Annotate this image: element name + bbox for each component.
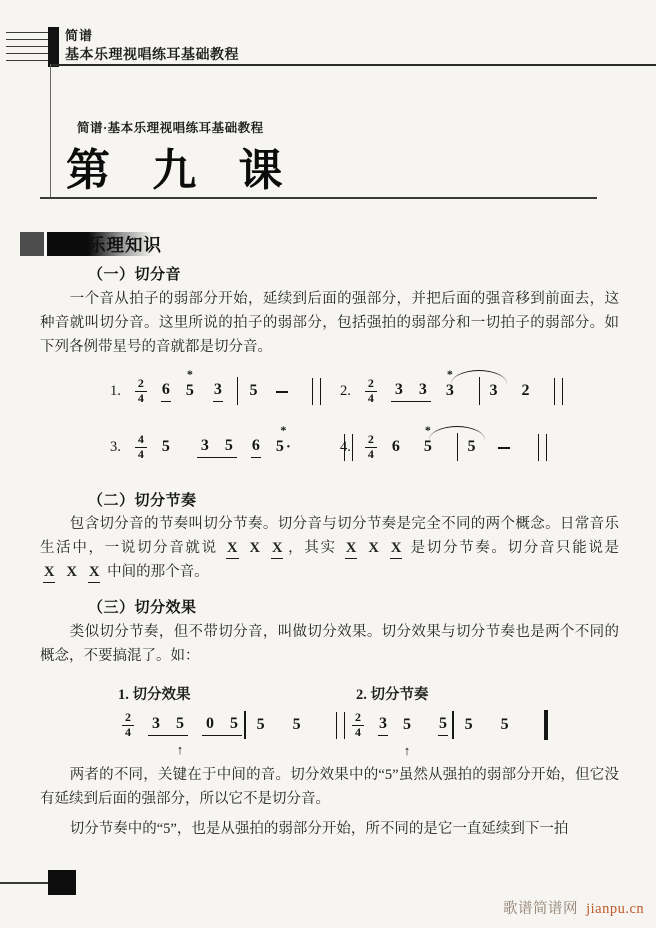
section-title: 乐理知识 [88,232,162,257]
jianpu-note: 5 [292,715,302,736]
end-barline [554,378,563,405]
jianpu-note: 5* [185,381,195,402]
time-numerator: 2 [352,711,364,726]
barline [244,711,246,739]
jianpu-note: 3 [378,714,388,736]
time-signature: 44 [135,433,147,460]
time-signature: 24 [365,433,377,460]
jianpu-note: 3 [151,714,161,735]
x-underlined: X [345,541,357,559]
watermark-site-name: 歌谱简谱网 [503,901,578,917]
jianpu-note: 5 [161,437,171,458]
jianpu-note: 0 [205,714,215,735]
paragraph-text: 是切分节奏。切分音只能说是 [405,540,619,556]
header-course-label: 基本乐理视唱练耳基础教程 [65,44,239,64]
title-left-rule [50,64,51,198]
jianpu-note: 5 [500,715,510,736]
x-underlined: X [390,541,402,559]
subsection-3-heading: （三）切分效果 [88,596,197,617]
time-numerator: 2 [365,433,377,448]
x-underlined: X [88,565,100,583]
end-barline [538,434,547,461]
x-plain: X [65,565,77,583]
x-plain: X [367,541,379,559]
dash-note [498,447,510,449]
notation-example-3: 3.4453565·* [110,430,367,464]
x-underlined: X [43,565,55,583]
jianpu-note: 6 [161,380,171,402]
effect-example-2-label: 2. 切分节奏 [356,683,429,704]
notation-example-2: 2.24333*32 [340,374,577,408]
jianpu-note: 5 [466,437,476,458]
paragraph-text: ，其实 [286,540,341,556]
subsection-3-paragraph: 类似切分节奏，但不带切分音，叫做切分效果。切分效果与切分节奏也是两个不同的概念，… [40,620,619,668]
jianpu-note: 3 [488,381,498,402]
example-number: 1. [110,383,121,400]
barline [452,711,454,739]
end-barline-thick [544,710,548,740]
tie-arc [429,426,485,440]
jianpu-note: 5* [423,437,433,458]
barline [237,377,239,405]
asterisk-mark: * [447,368,453,380]
subsection-2-paragraph: 包含切分音的节奏叫切分节奏。切分音与切分节奏是完全不同的两个概念。日常音乐生活中… [40,512,619,584]
watermark: 歌谱简谱网 jianpu.cn [503,897,644,918]
jianpu-note: 5·* [275,437,292,458]
beam-group: 05 [202,714,242,736]
time-numerator: 2 [122,711,134,726]
beam-group: 35 [197,436,237,458]
notation-example-4: 4.2465*5 [340,430,561,464]
jianpu-note: 6 [391,437,401,458]
time-denominator: 4 [365,392,377,405]
jianpu-note: 5 [464,715,474,736]
time-denominator: 4 [135,448,147,461]
x-rhythm-pattern: XXX [40,565,103,583]
example-number: 4. [340,439,351,456]
asterisk-mark: * [187,368,193,380]
beam-group: 33 [391,380,431,402]
time-denominator: 4 [122,726,134,739]
jianpu-note: 5↑ [175,714,185,735]
header-black-tab [48,27,59,67]
x-underlined: X [271,541,283,559]
time-denominator: 4 [352,726,364,739]
section-square-mark [20,232,44,256]
tie-arc [451,370,507,384]
arrow-mark: ↑ [177,743,184,756]
subsection-2-heading: （二）切分节奏 [88,489,197,510]
dot-mark: · [286,439,291,455]
time-signature: 24 [365,377,377,404]
lesson-title: 第 九 课 [66,134,288,198]
time-signature: 24 [352,711,364,738]
jianpu-note: 5 [229,714,239,735]
title-bottom-rule [40,197,597,199]
x-underlined: X [226,541,238,559]
watermark-url: jianpu.cn [586,901,644,917]
time-signature: 24 [122,711,134,738]
jianpu-note: 3 [418,380,428,401]
arrow-mark: ↑ [404,744,411,757]
jianpu-note: 3 [394,380,404,401]
dash-note [276,391,288,393]
jianpu-note: 5 [256,715,266,736]
effect-example-2-notation: 2435↑555 [352,708,562,742]
example-number: 2. [340,383,351,400]
subsection-1-paragraph: 一个音从拍子的弱部分开始，延续到后面的强部分，并把后面的强音移到前面去，这种音就… [40,287,619,359]
example-number: 3. [110,439,121,456]
closing-paragraph-2: 切分节奏中的“5”，也是从强拍的弱部分开始，所不同的是它一直延续到下一拍 [40,817,619,841]
jianpu-note: 2 [520,381,530,402]
header-hatch-lines [6,32,48,64]
time-denominator: 4 [135,392,147,405]
time-numerator: 2 [135,377,147,392]
end-barline [336,712,345,739]
jianpu-note: 5 [248,381,258,402]
effect-example-1-label: 1. 切分效果 [118,683,191,704]
time-numerator: 2 [365,377,377,392]
notation-example-1: 1.2465*35 [110,374,335,408]
jianpu-note: 5↑ [402,715,412,736]
end-barline [312,378,321,405]
header-series-label: 简谱 [65,25,93,44]
page-marker-line [0,882,52,884]
time-signature: 24 [135,377,147,404]
header-rule [50,64,656,66]
jianpu-note: 5 [438,714,448,736]
x-plain: X [249,541,261,559]
x-rhythm-pattern: XXX [342,541,405,559]
closing-paragraph-1: 两者的不同，关键在于中间的音。切分效果中的“5”虽然从强拍的弱部分开始，但它没有… [40,763,619,811]
textbook-page: 简谱 基本乐理视唱练耳基础教程 简谱·基本乐理视唱练耳基础教程 第 九 课 乐理… [0,0,656,928]
subsection-1-heading: （一）切分音 [88,263,181,284]
beam-group: 35↑ [148,714,188,736]
jianpu-note: 3 [213,380,223,402]
time-denominator: 4 [365,448,377,461]
page-marker-square [48,870,76,895]
jianpu-note: 3 [200,436,210,457]
paragraph-text: 中间的那个音。 [103,564,208,580]
jianpu-note: 3* [445,381,455,402]
jianpu-note: 6 [251,436,261,458]
jianpu-note: 5 [224,436,234,457]
asterisk-mark: * [425,424,431,436]
asterisk-mark: * [280,424,286,436]
time-numerator: 4 [135,433,147,448]
effect-example-1-notation: 2435↑0555 [122,708,359,742]
x-rhythm-pattern: XXX [223,541,286,559]
